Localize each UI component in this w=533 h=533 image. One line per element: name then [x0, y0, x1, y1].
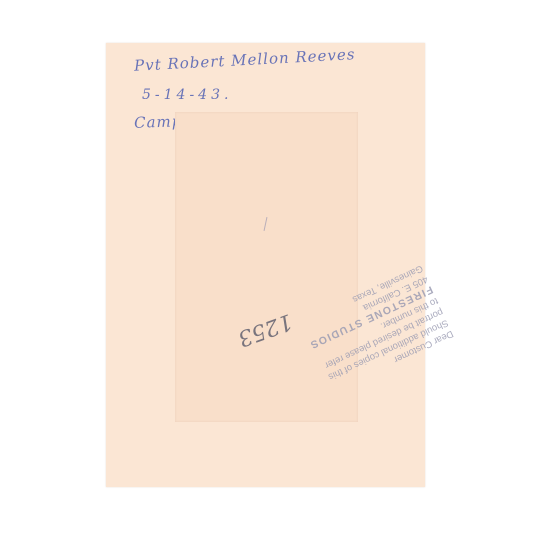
pencil-mark [264, 217, 268, 231]
studio-stamp: Dear Customer Should additional copies o… [229, 262, 455, 427]
mounted-photo-area: Dear Customer Should additional copies o… [175, 112, 358, 422]
photo-back-card: Pvt Robert Mellon Reeves 5-14-43. Camp H… [106, 43, 425, 487]
handwritten-name: Pvt Robert Mellon Reeves [134, 45, 356, 75]
handwritten-date: 5-14-43. [142, 87, 232, 103]
